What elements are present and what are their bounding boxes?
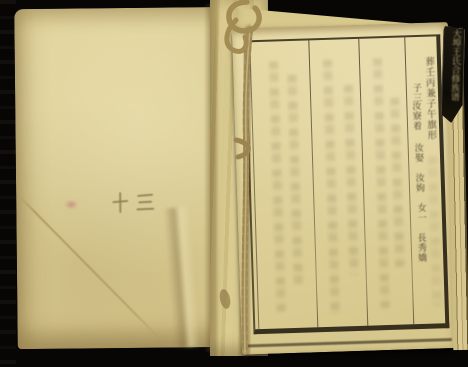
ink-bleedthrough bbox=[269, 61, 286, 311]
ink-bleedthrough bbox=[428, 156, 442, 306]
ink-bleedthrough bbox=[323, 60, 340, 315]
page-crease bbox=[17, 194, 162, 341]
fold-shadow bbox=[163, 207, 200, 349]
genealogy-entry: 汝娶 bbox=[412, 143, 424, 163]
column-divider bbox=[308, 40, 318, 327]
page-bottom-edge-line bbox=[248, 338, 452, 347]
genealogy-entry: 長秀嬌 bbox=[414, 233, 426, 263]
column-divider bbox=[358, 39, 368, 326]
ink-bleedthrough bbox=[390, 98, 404, 268]
ink-bleedthrough bbox=[344, 85, 359, 275]
handwritten-folio-mark bbox=[110, 191, 158, 216]
spine-title-text: 大埠王氏合修族谱 bbox=[447, 29, 461, 101]
right-page: 葬壬丙兼子午旗形 子三 汝寮着 汝娶 汝姁 女一 長秀嬌 bbox=[232, 22, 458, 355]
genealogy-entry: 女一 bbox=[414, 203, 426, 223]
scanned-book-photo: 葬壬丙兼子午旗形 子三 汝寮着 汝娶 汝姁 女一 長秀嬌 大埠王氏合修族谱 bbox=[0, 0, 468, 367]
frame-inner-line bbox=[249, 42, 259, 329]
ink-bleedthrough bbox=[287, 75, 303, 285]
genealogy-entry: 汝姁 bbox=[413, 173, 425, 193]
genealogy-entry: 汝寮着 bbox=[409, 101, 421, 131]
scan-edge-texture bbox=[0, 0, 16, 367]
genealogy-burial-note: 葬壬丙兼子午旗形 bbox=[422, 56, 437, 140]
table-frame: 葬壬丙兼子午旗形 子三 汝寮着 汝娶 汝姁 女一 長秀嬌 bbox=[244, 34, 449, 334]
ink-bleedthrough bbox=[373, 58, 390, 308]
ink-smudge bbox=[64, 200, 78, 210]
